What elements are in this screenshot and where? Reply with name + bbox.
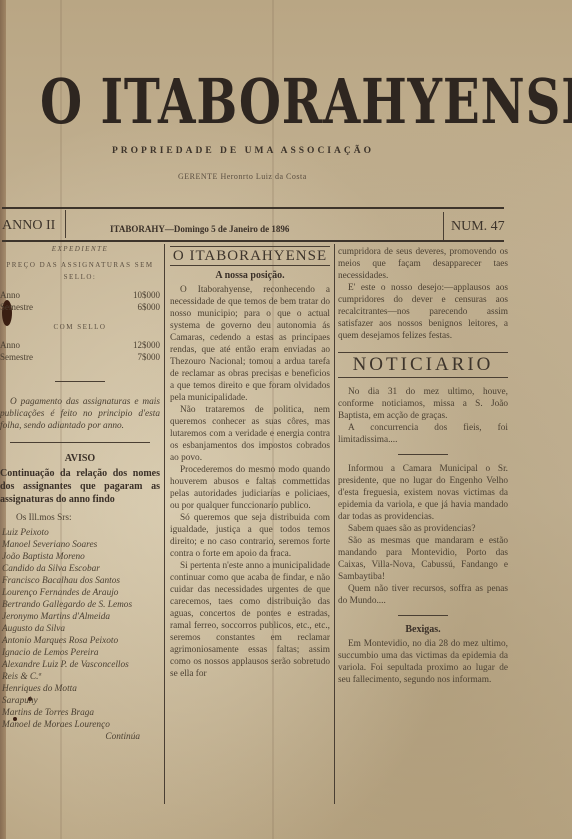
expediente-title: EXPEDIENTE [0, 243, 160, 255]
aviso-text: Continuação da relação dos nomes dos ass… [0, 467, 160, 506]
place-date: ITABORAHY—Domingo 5 de Janeiro de 1896 [110, 224, 400, 234]
paragraph: Procederemos do mesmo modo quando houver… [170, 464, 330, 512]
price-row: Semestre 6$000 [0, 301, 160, 313]
list-item: Martins de Torres Braga [0, 707, 160, 719]
list-item: Ignacio de Lemos Pereira [0, 647, 160, 659]
news-item: A concurrencia dos fieis, foi limitadiss… [338, 422, 508, 446]
news-item: Sabem quaes são as providencias? [338, 523, 508, 535]
year-label: ANNO II [2, 218, 55, 234]
list-item: Alexandre Luiz P. de Vasconcellos [0, 659, 160, 671]
paragraph: Só queremos que seja distribuida com igu… [170, 512, 330, 560]
paragraph: O Itaborahyense, reconhecendo a necessid… [170, 284, 330, 404]
list-item: Francisco Bacalhau dos Santos [0, 575, 160, 587]
divider [55, 381, 105, 382]
divider [65, 210, 66, 238]
right-column: cumpridora de seus deveres, promovendo o… [338, 246, 508, 686]
paragraph: cumpridora de seus deveres, promovendo o… [338, 246, 508, 282]
list-item: Henriques do Motta [0, 683, 160, 695]
bexigas-title: Bexigas. [338, 624, 508, 636]
list-item: Lourenço Fernandes de Araujo [0, 587, 160, 599]
paragraph: Não trataremos de politica, nem queremos… [170, 404, 330, 464]
divider [398, 615, 448, 616]
list-item: Manoel de Moraes Lourenço [0, 719, 160, 731]
aviso-title: AVISO [0, 453, 160, 465]
newspaper-title: O ITABORAHYENSE [40, 62, 391, 142]
list-item: Manoel Severiano Soares [0, 539, 160, 551]
list-item: Reis & C.ª [0, 671, 160, 683]
list-item: Antonio Marques Rosa Peixoto [0, 635, 160, 647]
news-item: Informou a Camara Municipal o Sr. presid… [338, 463, 508, 523]
list-item: Luiz Peixoto [0, 527, 160, 539]
list-item: Sarapuhy [0, 695, 160, 707]
list-item: Candido da Silva Escobar [0, 563, 160, 575]
divider [10, 442, 150, 443]
price-row: Anno 12$000 [0, 339, 160, 351]
payment-note: O pagamento das assignaturas e mais publ… [0, 396, 160, 432]
list-item: Augusto da Silva [0, 623, 160, 635]
news-item: No dia 31 do mez ultimo, houve, conforme… [338, 386, 508, 422]
issue-number: NUM. 47 [451, 219, 505, 235]
price-row: Semestre 7$000 [0, 351, 160, 363]
top-rule [2, 207, 504, 209]
list-item: Jeronymo Martins d'Almeida [0, 611, 160, 623]
news-item: São as mesmas que mandaram e estão manda… [338, 535, 508, 583]
subscriber-list: Luiz Peixoto Manoel Severiano Soares Joã… [0, 527, 160, 731]
with-stamp-header: COM SELLO [0, 321, 160, 333]
middle-column: O ITABORAHYENSE A nossa posição. O Itabo… [170, 246, 330, 680]
list-item: Bertrando Gallegardo de S. Lemos [0, 599, 160, 611]
news-item: Em Montevidio, no dia 28 do mez ultimo, … [338, 638, 508, 686]
news-item: Quem não tiver recursos, soffra as penas… [338, 583, 508, 607]
noticiario-heading: NOTICIARIO [338, 352, 508, 378]
divider [443, 212, 444, 240]
left-column: EXPEDIENTE PREÇO DAS ASSIGNATURAS SEM SE… [0, 240, 160, 743]
divider [398, 454, 448, 455]
paragraph: E' este o nosso desejo:—applausos aos cu… [338, 282, 508, 342]
price-row: Anno 10$000 [0, 289, 160, 301]
paragraph: Si pertenta n'este anno a municipalidade… [170, 560, 330, 680]
article-title: A nossa posição. [170, 270, 330, 282]
price-header: PREÇO DAS ASSIGNATURAS SEM SELLO: [0, 259, 160, 283]
manager-line: GERENTE Heronrto Luiz da Costa [178, 172, 307, 181]
salutation: Os Ill.mos Srs: [16, 512, 160, 524]
column-divider [334, 244, 335, 804]
list-item: João Baptista Moreno [0, 551, 160, 563]
continua-signoff: Continúa [0, 731, 160, 743]
editorial-heading: O ITABORAHYENSE [170, 246, 330, 266]
column-divider [164, 244, 165, 804]
newspaper-subtitle: PROPRIEDADE DE UMA ASSOCIAÇÃO [112, 146, 412, 156]
